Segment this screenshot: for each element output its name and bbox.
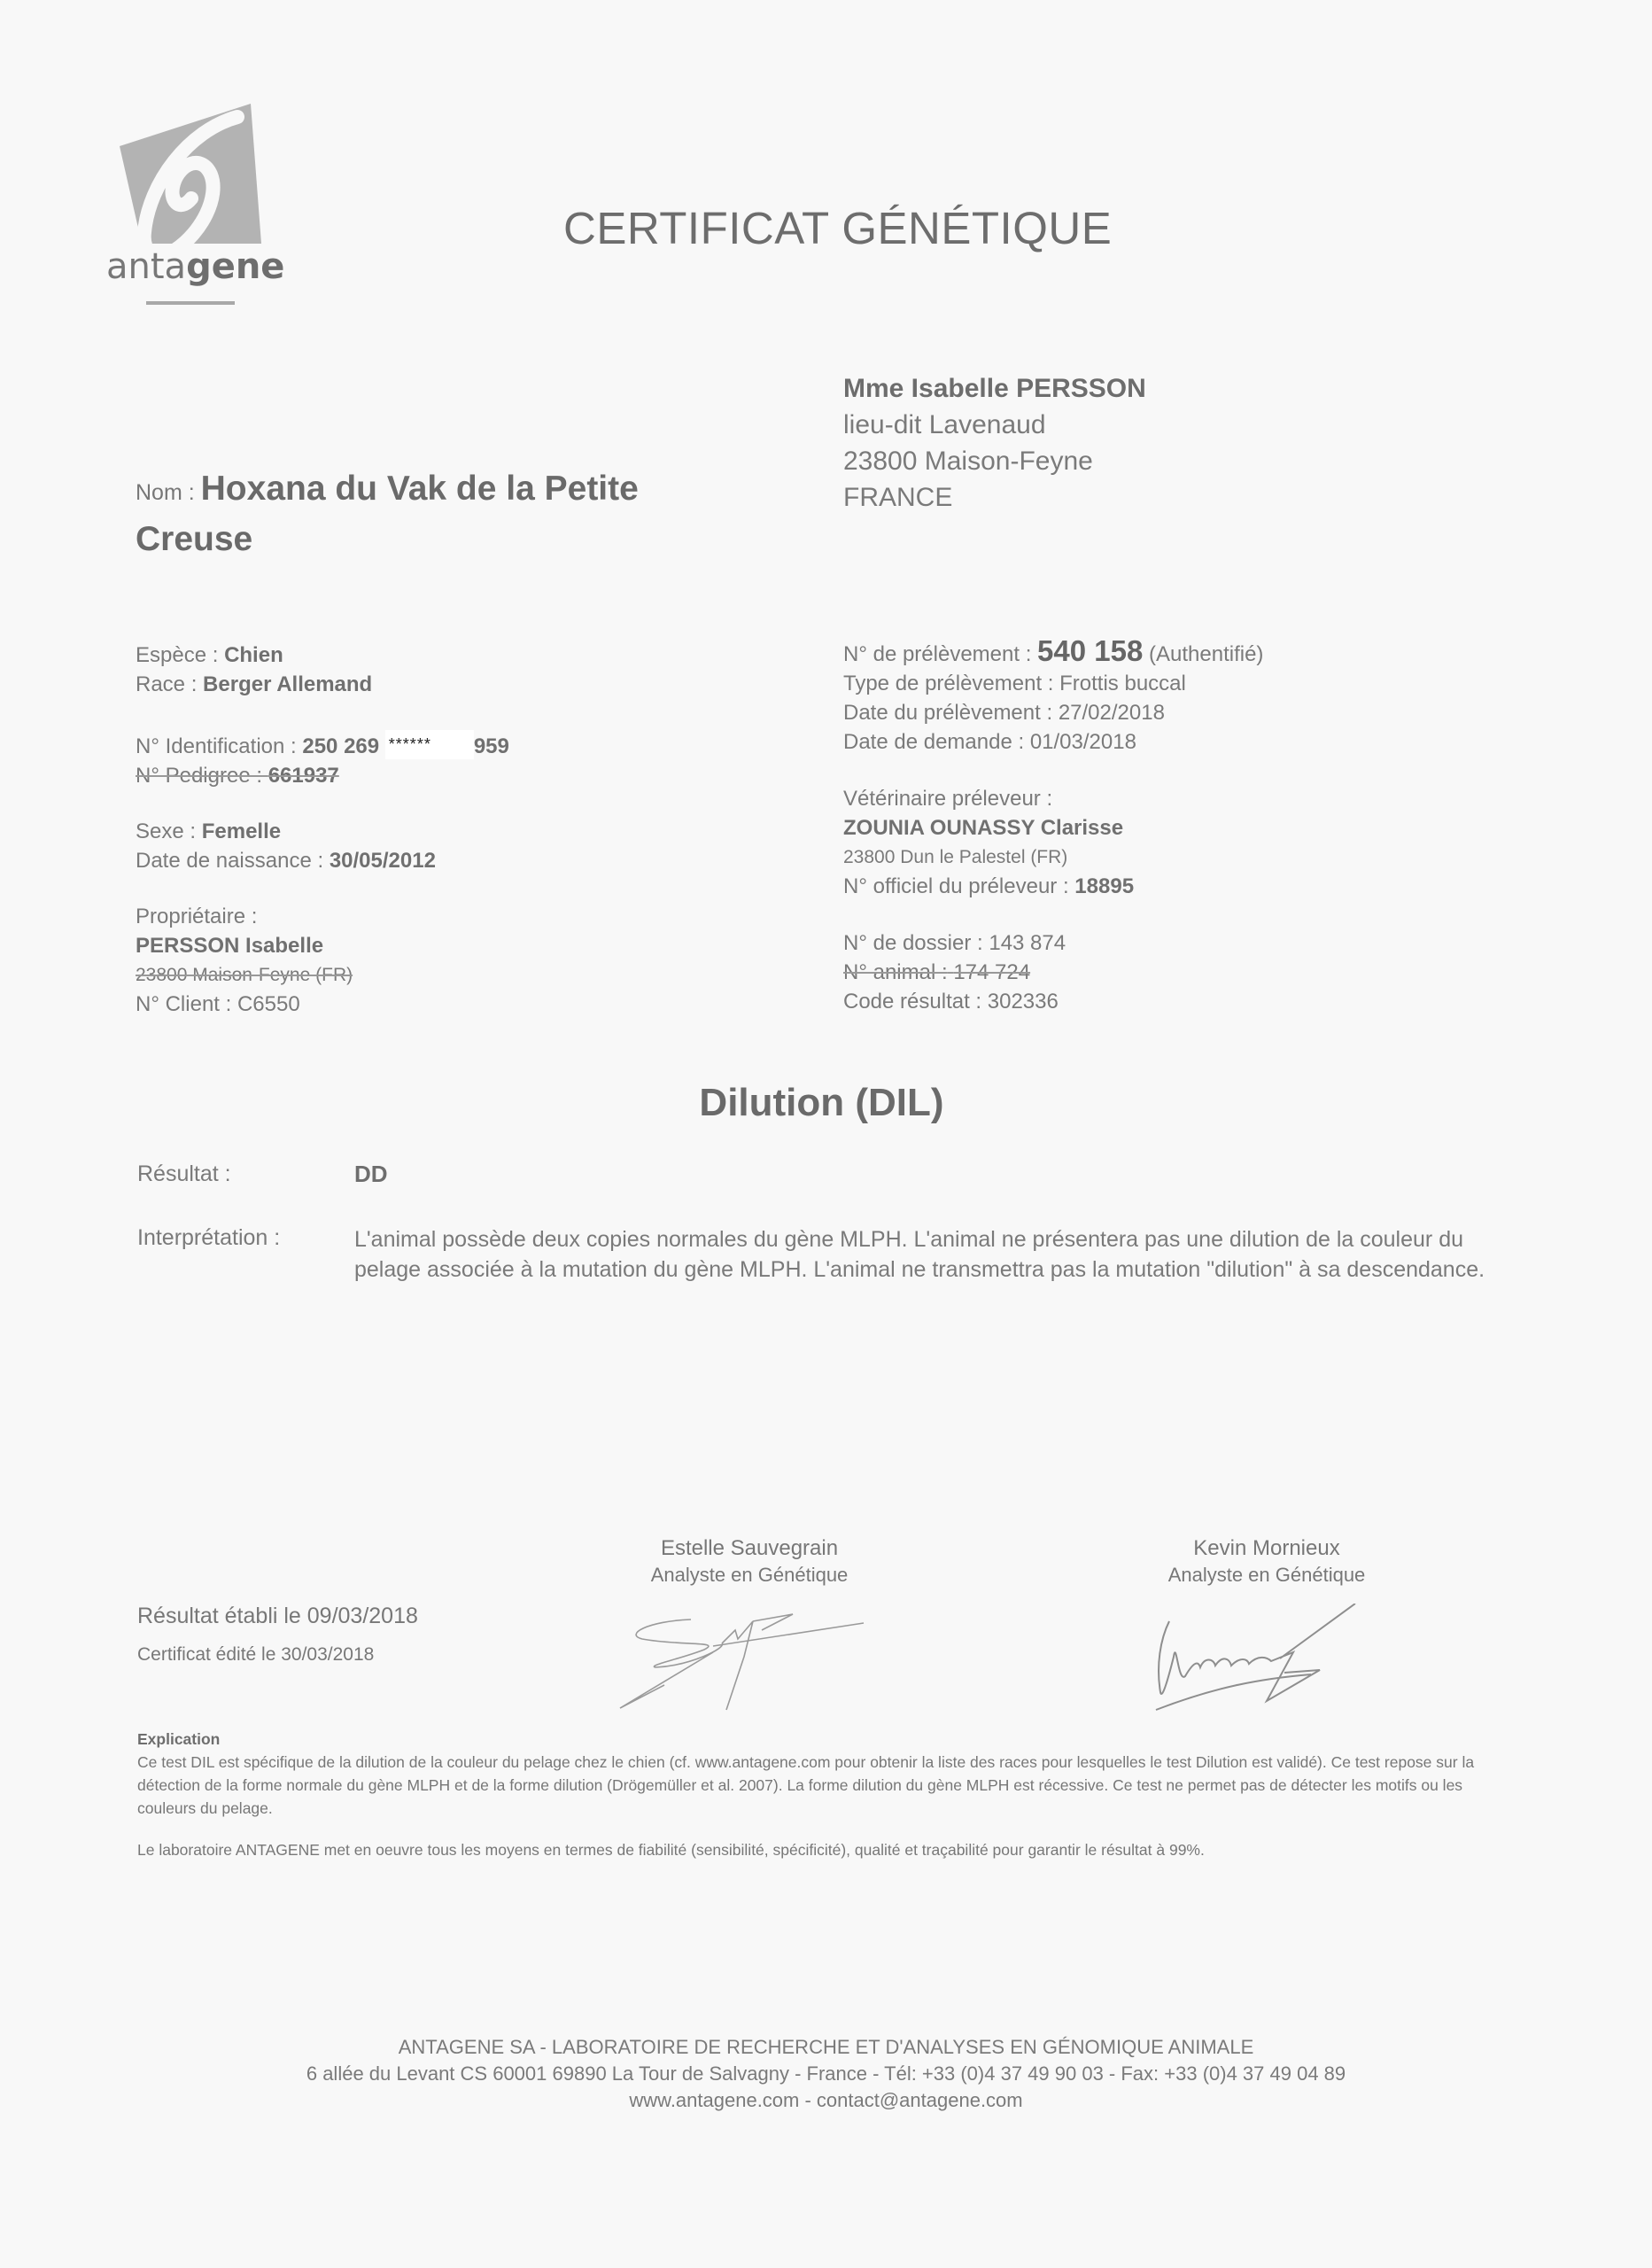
explanation-text: Ce test DIL est spécifique de la dilutio… (137, 1751, 1501, 1820)
test-heading: Dilution (DIL) (0, 1081, 1652, 1125)
sample-number-value: 540 158 (1037, 634, 1143, 667)
species-row: Espèce : Chien (136, 641, 372, 670)
client-label: N° Client : (136, 992, 231, 1016)
lab-statement: Le laboratoire ANTAGENE met en oeuvre to… (137, 1841, 1205, 1860)
sex-label: Sexe : (136, 819, 196, 843)
identification-start: 250 269 (302, 734, 379, 758)
certificate-edited-date: Certificat édité le 30/03/2018 (137, 1644, 374, 1666)
logo-word-light: anta (106, 246, 186, 287)
signer-2-role: Analyste en Génétique (1134, 1563, 1400, 1588)
result-code-value: 302336 (988, 990, 1059, 1014)
breed-value: Berger Allemand (203, 672, 372, 696)
sample-type-label: Type de prélèvement : (843, 672, 1053, 695)
footer-address: 6 allée du Levant CS 60001 69890 La Tour… (0, 2061, 1652, 2087)
interpretation-label: Interprétation : (137, 1225, 280, 1251)
owner-label: Propriétaire : (136, 902, 353, 931)
sample-date-label: Date du prélèvement : (843, 701, 1052, 725)
sample-type-row: Type de prélèvement : Frottis buccal (843, 669, 1263, 698)
signature-block-2: Kevin Mornieux Analyste en Génétique (1134, 1534, 1400, 1588)
animal-details-3: Sexe : Femelle Date de naissance : 30/05… (136, 817, 436, 875)
sample-type-value: Frottis buccal (1059, 672, 1186, 695)
sex-value: Femelle (202, 819, 281, 843)
breed-row: Race : Berger Allemand (136, 670, 372, 699)
signer-1-role: Analyste en Génétique (608, 1563, 891, 1588)
vet-address: 23800 Dun le Palestel (FR) (843, 843, 1134, 872)
test-heading-text: Dilution (DIL) (699, 1081, 943, 1124)
client-value: C6550 (237, 992, 300, 1016)
dossier-row: N° de dossier : 143 874 (843, 928, 1066, 958)
signature-2-icon (1143, 1604, 1408, 1719)
recipient-line1: lieu-dit Lavenaud (843, 407, 1146, 443)
authenticated-badge: (Authentifié) (1149, 642, 1263, 666)
animal-name: Hoxana du Vak de la Petite (201, 470, 639, 508)
vet-official-row: N° officiel du préleveur : 18895 (843, 872, 1134, 901)
interpretation-text: L'animal possède deux copies normales du… (354, 1224, 1524, 1285)
animal-name-row: Nom : Hoxana du Vak de la Petite (136, 470, 639, 509)
file-block: N° de dossier : 143 874 N° animal : 174 … (843, 928, 1066, 1016)
request-date-row: Date de demande : 01/03/2018 (843, 727, 1263, 757)
sex-row: Sexe : Femelle (136, 817, 436, 846)
signature-block-1: Estelle Sauvegrain Analyste en Génétique (608, 1534, 891, 1588)
animal-number-value: 174 724 (953, 960, 1030, 984)
vet-official-value: 18895 (1074, 874, 1134, 898)
owner-address: 23800 Maison-Feyne (FR) (136, 960, 353, 990)
document-title: CERTIFICAT GÉNÉTIQUE (563, 202, 1112, 254)
signature-1-icon (611, 1604, 895, 1719)
vet-label: Vétérinaire préleveur : (843, 784, 1134, 813)
logo-word-bold: gene (186, 246, 284, 287)
signer-2-name: Kevin Mornieux (1134, 1534, 1400, 1563)
animal-name-line2: Creuse (136, 520, 252, 559)
pedigree-label: N° Pedigree : (136, 764, 262, 788)
explanation-block: Explication Ce test DIL est spécifique d… (137, 1728, 1501, 1820)
recipient-name: Mme Isabelle PERSSON (843, 370, 1146, 407)
explanation-heading: Explication (137, 1728, 1501, 1751)
identification-row: N° Identification : 250 269 ******959 (136, 730, 509, 761)
species-value: Chien (224, 643, 283, 667)
breed-label: Race : (136, 672, 197, 696)
footer-contact: www.antagene.com - contact@antagene.com (0, 2087, 1652, 2114)
vet-name: ZOUNIA OUNASSY Clarisse (843, 813, 1134, 843)
result-established-date: Résultat établi le 09/03/2018 (137, 1604, 418, 1629)
recipient-address: Mme Isabelle PERSSON lieu-dit Lavenaud 2… (843, 370, 1146, 516)
identification-redacted: ****** (385, 730, 474, 759)
pedigree-row: N° Pedigree : 661937 (136, 761, 509, 790)
animal-name-label: Nom : (136, 480, 195, 505)
request-date-label: Date de demande : (843, 730, 1024, 754)
sample-date-value: 27/02/2018 (1059, 701, 1165, 725)
dossier-label: N° de dossier : (843, 931, 983, 955)
vet-official-label: N° officiel du préleveur : (843, 874, 1069, 898)
species-label: Espèce : (136, 643, 218, 667)
sample-number-label: N° de prélèvement : (843, 642, 1031, 666)
animal-number-label: N° animal : (843, 960, 948, 984)
recipient-line2: 23800 Maison-Feyne (843, 443, 1146, 479)
recipient-line3: FRANCE (843, 479, 1146, 516)
result-code-label: Code résultat : (843, 990, 981, 1014)
signer-1-name: Estelle Sauvegrain (608, 1534, 891, 1563)
sample-number-row: N° de prélèvement : 540 158 (Authentifié… (843, 636, 1263, 669)
sample-date-row: Date du prélèvement : 27/02/2018 (843, 698, 1263, 727)
owner-block: Propriétaire : PERSSON Isabelle 23800 Ma… (136, 902, 353, 1019)
result-label: Résultat : (137, 1161, 231, 1187)
vet-block: Vétérinaire préleveur : ZOUNIA OUNASSY C… (843, 784, 1134, 901)
animal-number-row: N° animal : 174 724 (843, 958, 1066, 987)
result-code-row: Code résultat : 302336 (843, 987, 1066, 1016)
logo-underline (146, 301, 235, 305)
owner-name: PERSSON Isabelle (136, 931, 353, 960)
footer-line1: ANTAGENE SA - LABORATOIRE DE RECHERCHE E… (0, 2034, 1652, 2061)
animal-details-1: Espèce : Chien Race : Berger Allemand (136, 641, 372, 699)
animal-details-2: N° Identification : 250 269 ******959 N°… (136, 730, 509, 790)
birthdate-row: Date de naissance : 30/05/2012 (136, 846, 436, 875)
identification-end: 959 (474, 734, 509, 758)
birthdate-value: 30/05/2012 (330, 849, 436, 873)
birthdate-label: Date de naissance : (136, 849, 323, 873)
client-row: N° Client : C6550 (136, 990, 353, 1019)
pedigree-value: 661937 (268, 764, 339, 788)
result-value: DD (354, 1161, 388, 1188)
logo-wordmark: antagene (106, 246, 284, 287)
sample-block: N° de prélèvement : 540 158 (Authentifié… (843, 636, 1263, 757)
dossier-value: 143 874 (989, 931, 1066, 955)
request-date-value: 01/03/2018 (1030, 730, 1136, 754)
identification-label: N° Identification : (136, 734, 297, 758)
